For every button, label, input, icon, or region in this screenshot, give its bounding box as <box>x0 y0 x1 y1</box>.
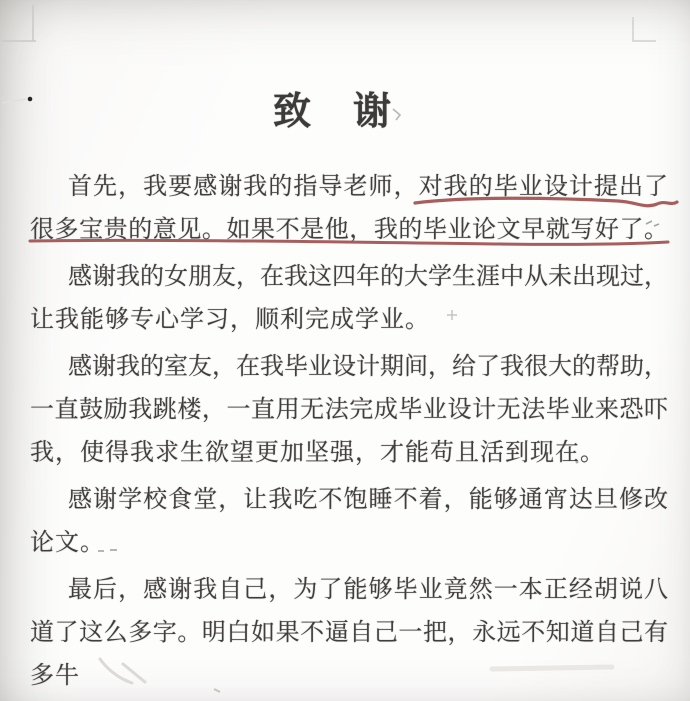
text-line: 感谢我的女朋友，在我这四年的大学生涯中从未出现过， <box>30 256 668 299</box>
paragraph-roommates: 感谢我的室友，在我毕业设计期间，给了我很大的帮助， 一直鼓励我跳楼，一直用无法完… <box>30 346 668 475</box>
corner-mark-top-left <box>2 5 36 41</box>
text-line: 首先，我要感谢我的指导老师，对我的毕业设计提出了 <box>30 166 668 209</box>
text-line: 感谢学校食堂，让我吃不饱睡不着，能够通宵达旦修改 <box>30 479 668 522</box>
document-body: 首先，我要感谢我的指导老师，对我的毕业设计提出了 很多宝贵的意见。如果不是他，我… <box>30 166 668 701</box>
page-title: 致 谢 <box>0 80 690 135</box>
text-line: 很多宝贵的意见。如果不是他，我的毕业论文早就写好了。 <box>30 209 668 252</box>
corner-mark-top-right <box>633 17 656 41</box>
text-line: 道了这么多字。明白如果不逼自己一把，永远不知道自己有 <box>30 612 668 655</box>
paragraph-girlfriend: 感谢我的女朋友，在我这四年的大学生涯中从未出现过， 让我能够专心学习，顺利完成学… <box>30 256 668 342</box>
text-line: 最后，感谢我自己，为了能够毕业竟然一本正经胡说八 <box>30 569 668 612</box>
text-line: 论文。 <box>30 522 668 565</box>
paragraph-self: 最后，感谢我自己，为了能够毕业竟然一本正经胡说八 道了这么多字。明白如果不逼自己… <box>30 569 668 698</box>
text-line: 一直鼓励我跳楼，一直用无法完成毕业设计无法毕业来恐吓 <box>30 389 668 432</box>
text-line: 感谢我的室友，在我毕业设计期间，给了我很大的帮助， <box>30 346 668 389</box>
text-line: 让我能够专心学习，顺利完成学业。 <box>30 299 668 342</box>
text-line: 我，使得我求生欲望更加坚强，才能苟且活到现在。 <box>30 432 668 475</box>
paragraph-advisor: 首先，我要感谢我的指导老师，对我的毕业设计提出了 很多宝贵的意见。如果不是他，我… <box>30 166 668 252</box>
text-line: 多牛 <box>30 655 668 698</box>
document-photo: 致 谢 首先，我要感谢我的指导老师，对我的毕业设计提出了 很多宝贵的意见。如果不… <box>0 0 690 701</box>
paragraph-canteen: 感谢学校食堂，让我吃不饱睡不着，能够通宵达旦修改 论文。 <box>30 479 668 565</box>
